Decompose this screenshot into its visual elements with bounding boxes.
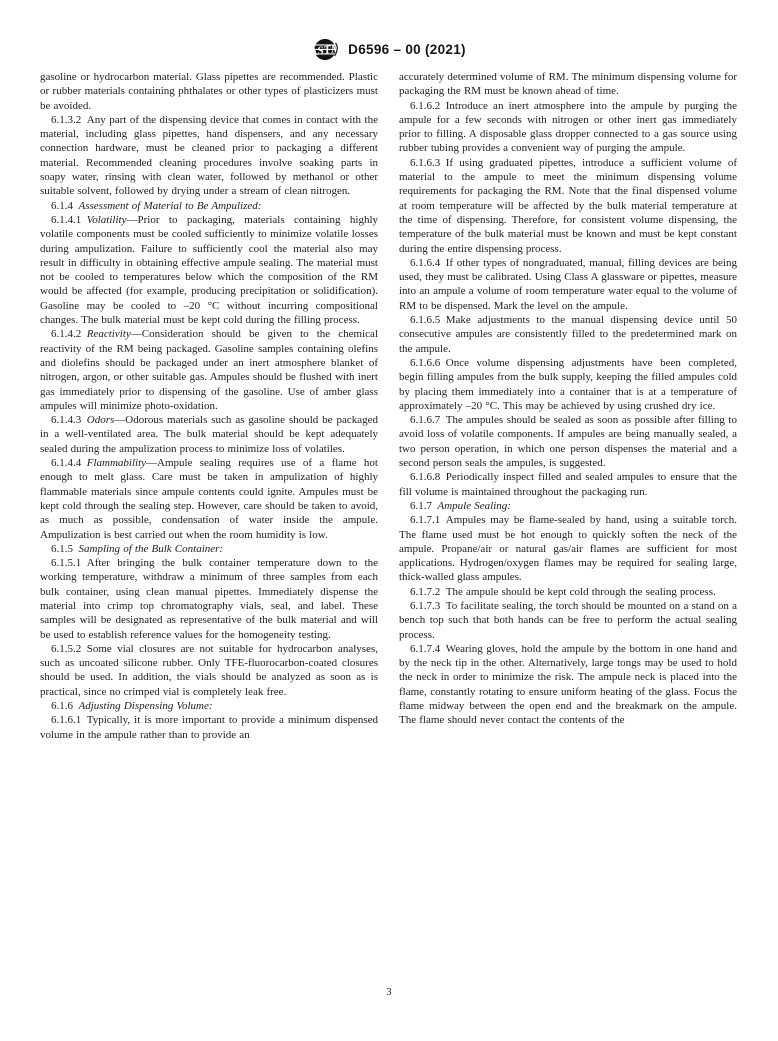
paragraph-6.1.4: 6.1.4 Assessment of Material to Be Ampul… <box>40 199 378 213</box>
paragraph-6.1.3.2: 6.1.3.2 Any part of the dispensing devic… <box>40 113 378 199</box>
paragraph-6.1.6.4: 6.1.6.4 If other types of nongraduated, … <box>399 256 737 313</box>
paragraph-6.1.5: 6.1.5 Sampling of the Bulk Container: <box>40 542 378 556</box>
paragraph-6.1.5.1: 6.1.5.1 After bringing the bulk containe… <box>40 556 378 642</box>
left-column: gasoline or hydrocarbon material. Glass … <box>40 70 378 742</box>
text-columns: gasoline or hydrocarbon material. Glass … <box>40 70 737 742</box>
paragraph-6.1.6.6: 6.1.6.6 Once volume dispensing adjustmen… <box>399 356 737 413</box>
paragraph-6.1.4.1: 6.1.4.1 Volatility—Prior to packaging, m… <box>40 213 378 327</box>
paragraph-6.1.6.5: 6.1.6.5 Make adjustments to the manual d… <box>399 313 737 356</box>
paragraph-6.1.7.1: 6.1.7.1 Ampules may be flame-sealed by h… <box>399 513 737 584</box>
paragraph-6.1.7.3: 6.1.7.3 To facilitate sealing, the torch… <box>399 599 737 642</box>
paragraph-continuation: accurately determined volume of RM. The … <box>399 70 737 99</box>
right-column: accurately determined volume of RM. The … <box>399 70 737 742</box>
paragraph-6.1.6.7: 6.1.6.7 The ampules should be sealed as … <box>399 413 737 470</box>
paragraph-6.1.7: 6.1.7 Ampule Sealing: <box>399 499 737 513</box>
paragraph-6.1.6.1: 6.1.6.1 Typically, it is more important … <box>40 713 378 742</box>
page-footer: 3 <box>0 987 778 998</box>
paragraph-6.1.6: 6.1.6 Adjusting Dispensing Volume: <box>40 699 378 713</box>
paragraph-6.1.6.8: 6.1.6.8 Periodically inspect filled and … <box>399 470 737 499</box>
paragraph-6.1.6.2: 6.1.6.2 Introduce an inert atmosphere in… <box>399 99 737 156</box>
paragraph-6.1.6.3: 6.1.6.3 If using graduated pipettes, int… <box>399 156 737 256</box>
paragraph-6.1.4.3: 6.1.4.3 Odors—Odorous materials such as … <box>40 413 378 456</box>
paragraph-6.1.5.2: 6.1.5.2 Some vial closures are not suita… <box>40 642 378 699</box>
document-page: ASTM D6596 – 00 (2021) gasoline or hydro… <box>0 0 778 1041</box>
astm-logo-icon: ASTM <box>312 37 341 62</box>
paragraph-continuation: gasoline or hydrocarbon material. Glass … <box>40 70 378 113</box>
document-code: D6596 – 00 (2021) <box>348 42 466 57</box>
paragraph-6.1.4.2: 6.1.4.2 Reactivity—Consideration should … <box>40 327 378 413</box>
page-number: 3 <box>386 987 391 998</box>
page-header: ASTM D6596 – 00 (2021) <box>0 37 778 62</box>
paragraph-6.1.4.4: 6.1.4.4 Flammability—Ampule sealing requ… <box>40 456 378 542</box>
paragraph-6.1.7.4: 6.1.7.4 Wearing gloves, hold the ampule … <box>399 642 737 728</box>
paragraph-6.1.7.2: 6.1.7.2 The ampule should be kept cold t… <box>399 585 737 599</box>
